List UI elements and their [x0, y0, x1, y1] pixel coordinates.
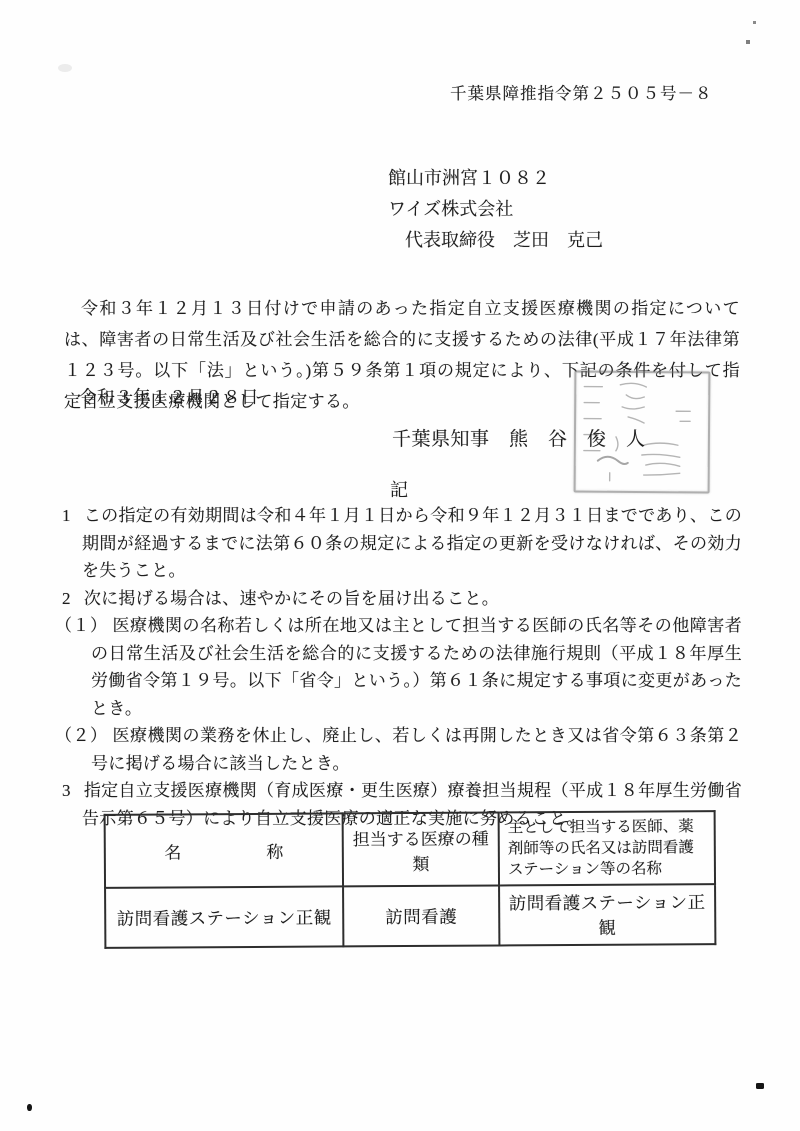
item-number: 1 [62, 506, 71, 525]
header-name: 名 称 [105, 813, 343, 887]
item-number: （２） [55, 726, 107, 745]
addressee-address: 館山市洲宮１０８２ [388, 163, 603, 194]
list-subitem-2-1: （１）医療機関の名称若しくは所在地又は主として担当する医師の氏名等その他障害者の… [55, 612, 742, 722]
list-item-1: 1この指定の有効期間は令和４年１月１日から令和９年１２月３１日までであり、この期… [62, 502, 742, 585]
issue-date: 令和３年１２月２８日 [79, 384, 259, 409]
governor-signature: 千葉県知事 熊 谷 俊 人 [392, 424, 646, 451]
ki-heading: 記 [0, 476, 800, 502]
item-number: 2 [62, 589, 71, 608]
cell-doctor-or-station: 訪問看護ステーション正観 [499, 884, 715, 945]
scan-noise-smudge [58, 64, 72, 72]
addressee-company: ワイズ株式会社 [388, 194, 603, 225]
table-row: 訪問看護ステーション正観 訪問看護 訪問看護ステーション正観 [105, 884, 715, 948]
scanned-document-page: 千葉県障推指令第２５０５号－８ 館山市洲宮１０８２ ワイズ株式会社 代表取締役 … [0, 0, 800, 1131]
scan-noise-dot [753, 21, 756, 24]
document-number: 千葉県障推指令第２５０５号－８ [450, 80, 713, 104]
cell-name: 訪問看護ステーション正観 [105, 886, 343, 947]
item-text: 次に掲げる場合は、速やかにその旨を届け出ること。 [84, 589, 499, 608]
list-subitem-2-2: （２）医療機関の業務を休止し、廃止し、若しくは再開したとき又は省令第６３条第２号… [55, 722, 742, 777]
scan-noise-dot [27, 1104, 32, 1111]
addressee-block: 館山市洲宮１０８２ ワイズ株式会社 代表取締役 芝田 克己 [388, 163, 603, 256]
item-text: 医療機関の名称若しくは所在地又は主として担当する医師の氏名等その他障害者の日常生… [91, 616, 742, 718]
header-medical-type: 担当する医療の種類 [343, 812, 499, 886]
cell-medical-type: 訪問看護 [343, 885, 499, 946]
conditions-list: 1この指定の有効期間は令和４年１月１日から令和９年１２月３１日までであり、この期… [62, 502, 742, 832]
table-header-row: 名 称 担当する医療の種類 主として担当する医師、薬剤師等の氏名又は訪問看護ステ… [105, 811, 715, 888]
item-text: この指定の有効期間は令和４年１月１日から令和９年１２月３１日までであり、この期間… [82, 506, 742, 580]
item-text: 医療機関の業務を休止し、廃止し、若しくは再開したとき又は省令第６３条第２号に掲げ… [91, 726, 742, 773]
item-number: 3 [62, 781, 71, 800]
item-number: （１） [55, 616, 107, 635]
scan-noise-dot [756, 1083, 764, 1089]
designation-table: 名 称 担当する医療の種類 主として担当する医師、薬剤師等の氏名又は訪問看護ステ… [104, 810, 717, 949]
addressee-representative: 代表取締役 芝田 克己 [388, 225, 603, 256]
list-item-2: 2次に掲げる場合は、速やかにその旨を届け出ること。 [62, 585, 742, 613]
header-doctor-or-station: 主として担当する医師、薬剤師等の氏名又は訪問看護ステーション等の名称 [499, 811, 715, 885]
scan-noise-dot [746, 40, 750, 44]
